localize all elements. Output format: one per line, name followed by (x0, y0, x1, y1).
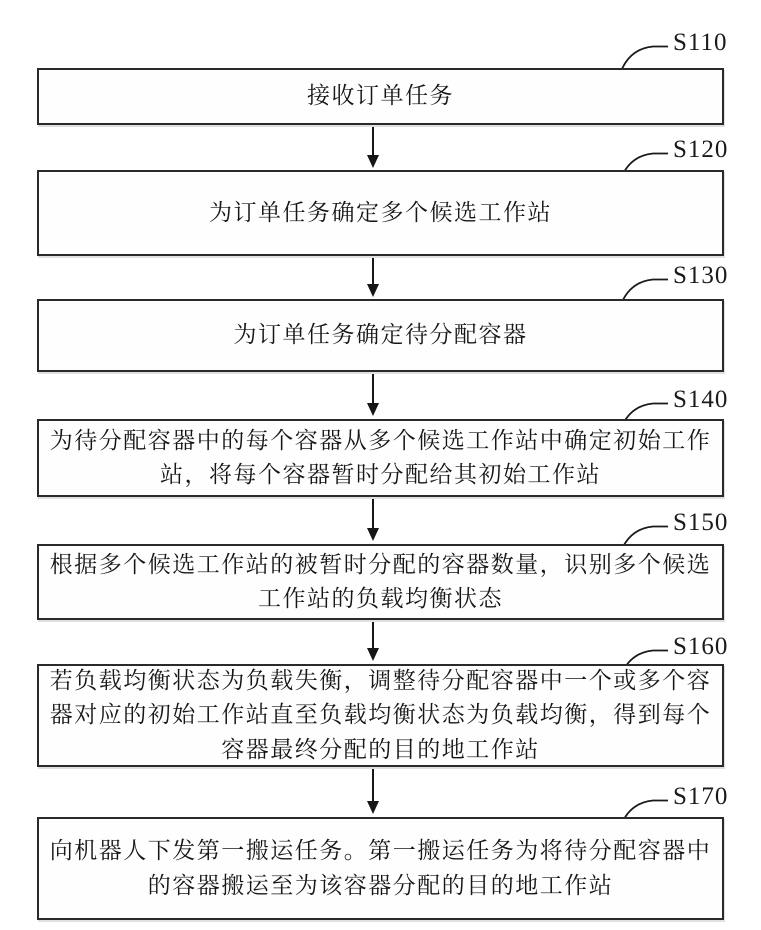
step-code-s110: S110 (673, 30, 727, 55)
process-box-s170: 向机器人下发第一搬运任务。第一搬运任务为将待分配容器中 的容器搬运至为该容器分配… (37, 817, 724, 920)
step-code-s170: S170 (673, 784, 728, 809)
process-box-s130: 为订单任务确定待分配容器 (37, 299, 724, 372)
down-arrow-icon (372, 258, 374, 285)
step-code-s120: S120 (673, 137, 728, 162)
process-text-s140: 为待分配容器中的每个容器从多个候选工作站中确定初始工作 站，将每个容器暂时分配给… (44, 422, 718, 495)
process-text-s120: 为订单任务确定多个候选工作站 (203, 194, 558, 233)
step-code-s160: S160 (673, 634, 728, 659)
process-box-s160: 若负载均衡状态为负载失衡，调整待分配容器中一个或多个容 器对应的初始工作站直至负… (37, 664, 724, 767)
process-text-s130: 为订单任务确定待分配容器 (228, 316, 534, 355)
step-code-s130: S130 (673, 263, 728, 288)
down-arrow-icon (372, 769, 374, 802)
step-code-s150: S150 (673, 510, 728, 535)
step-code-s140: S140 (673, 387, 728, 412)
down-arrow-icon (372, 127, 374, 156)
process-text-s170: 向机器人下发第一搬运任务。第一搬运任务为将待分配容器中 的容器搬运至为该容器分配… (44, 832, 718, 905)
process-box-s150: 根据多个候选工作站的被暂时分配的容器数量，识别多个候选 工作站的负载均衡状态 (37, 544, 724, 620)
down-arrow-icon (372, 499, 374, 529)
process-text-s150: 根据多个候选工作站的被暂时分配的容器数量，识别多个候选 工作站的负载均衡状态 (44, 546, 718, 619)
process-box-s140: 为待分配容器中的每个容器从多个候选工作站中确定初始工作 站，将每个容器暂时分配给… (37, 419, 724, 497)
flowchart-canvas: S110 接收订单任务 S120 为订单任务确定多个候选工作站 S130 为订单… (0, 0, 761, 930)
process-box-s120: 为订单任务确定多个候选工作站 (37, 170, 724, 256)
process-text-s160: 若负载均衡状态为负载失衡，调整待分配容器中一个或多个容 器对应的初始工作站直至负… (44, 662, 718, 770)
process-text-s110: 接收订单任务 (301, 77, 460, 116)
process-box-s110: 接收订单任务 (37, 68, 724, 125)
down-arrow-icon (372, 622, 374, 649)
down-arrow-icon (372, 374, 374, 404)
